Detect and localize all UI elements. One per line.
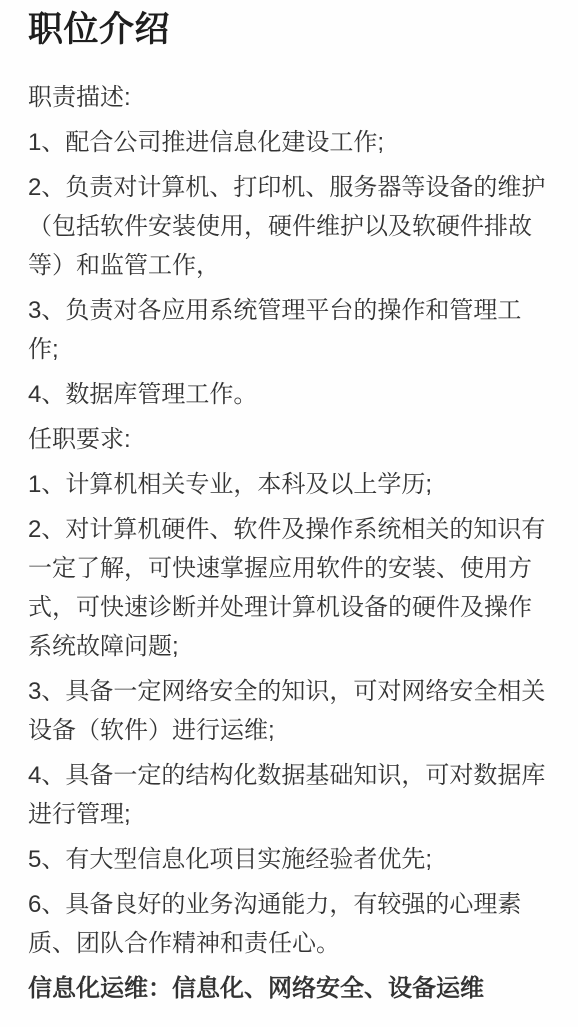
description-paragraph: 6、具备良好的业务沟通能力，有较强的心理素质、团队合作精神和责任心。 xyxy=(28,885,550,963)
description-paragraph: 3、负责对各应用系统管理平台的操作和管理工作; xyxy=(28,291,550,369)
job-description: 职责描述:1、配合公司推进信息化建设工作;2、负责对计算机、打印机、服务器等设备… xyxy=(28,78,550,1008)
description-paragraph: 3、具备一定网络安全的知识，可对网络安全相关设备（软件）进行运维; xyxy=(28,672,550,750)
description-paragraph: 1、计算机相关专业，本科及以上学历; xyxy=(28,465,550,504)
description-paragraph: 4、数据库管理工作。 xyxy=(28,375,550,414)
description-paragraph: 任职要求: xyxy=(28,420,550,459)
description-paragraph: 2、负责对计算机、打印机、服务器等设备的维护（包括软件安装使用，硬件维护以及软硬… xyxy=(28,168,550,285)
description-paragraph: 信息化运维：信息化、网络安全、设备运维 xyxy=(28,969,550,1008)
page-title: 职位介绍 xyxy=(28,8,550,52)
job-detail-page: 职位介绍 职责描述:1、配合公司推进信息化建设工作;2、负责对计算机、打印机、服… xyxy=(0,0,578,1027)
description-paragraph: 2、对计算机硬件、软件及操作系统相关的知识有一定了解，可快速掌握应用软件的安装、… xyxy=(28,510,550,666)
description-paragraph: 职责描述: xyxy=(28,78,550,117)
description-paragraph: 4、具备一定的结构化数据基础知识，可对数据库进行管理; xyxy=(28,756,550,834)
description-paragraph: 5、有大型信息化项目实施经验者优先; xyxy=(28,840,550,879)
description-paragraph: 1、配合公司推进信息化建设工作; xyxy=(28,123,550,162)
